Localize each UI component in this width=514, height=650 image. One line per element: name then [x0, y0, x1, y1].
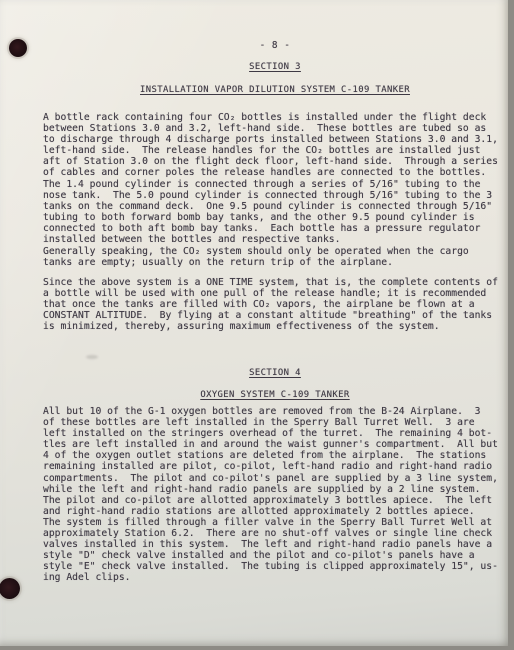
section-4-title: OXYGEN SYSTEM C-109 TANKER — [60, 390, 490, 400]
page-number: - 8 - — [60, 40, 490, 51]
paragraph-one-time-system-note: Since the above system is a ONE TIME sys… — [43, 277, 498, 332]
scanned-document: - 8 - SECTION 3 INSTALLATION VAPOR DILUT… — [0, 0, 514, 650]
paper-sheet: - 8 - SECTION 3 INSTALLATION VAPOR DILUT… — [0, 0, 508, 646]
paper-smudge — [86, 355, 98, 359]
paragraph-oxygen-system: All but 10 of the G-1 oxygen bottles are… — [43, 406, 498, 584]
paragraph-co2-operation-note: Generally speaking, the CO₂ system shoul… — [43, 246, 469, 268]
section-3-heading: SECTION 3 — [60, 62, 490, 72]
paragraph-co2-bottle-installation: A bottle rack containing four CO₂ bottle… — [43, 112, 498, 245]
punch-hole-top — [9, 39, 27, 57]
section-4-heading: SECTION 4 — [60, 368, 490, 378]
section-3-title: INSTALLATION VAPOR DILUTION SYSTEM C-109… — [60, 85, 490, 95]
punch-hole-bottom — [0, 578, 20, 599]
